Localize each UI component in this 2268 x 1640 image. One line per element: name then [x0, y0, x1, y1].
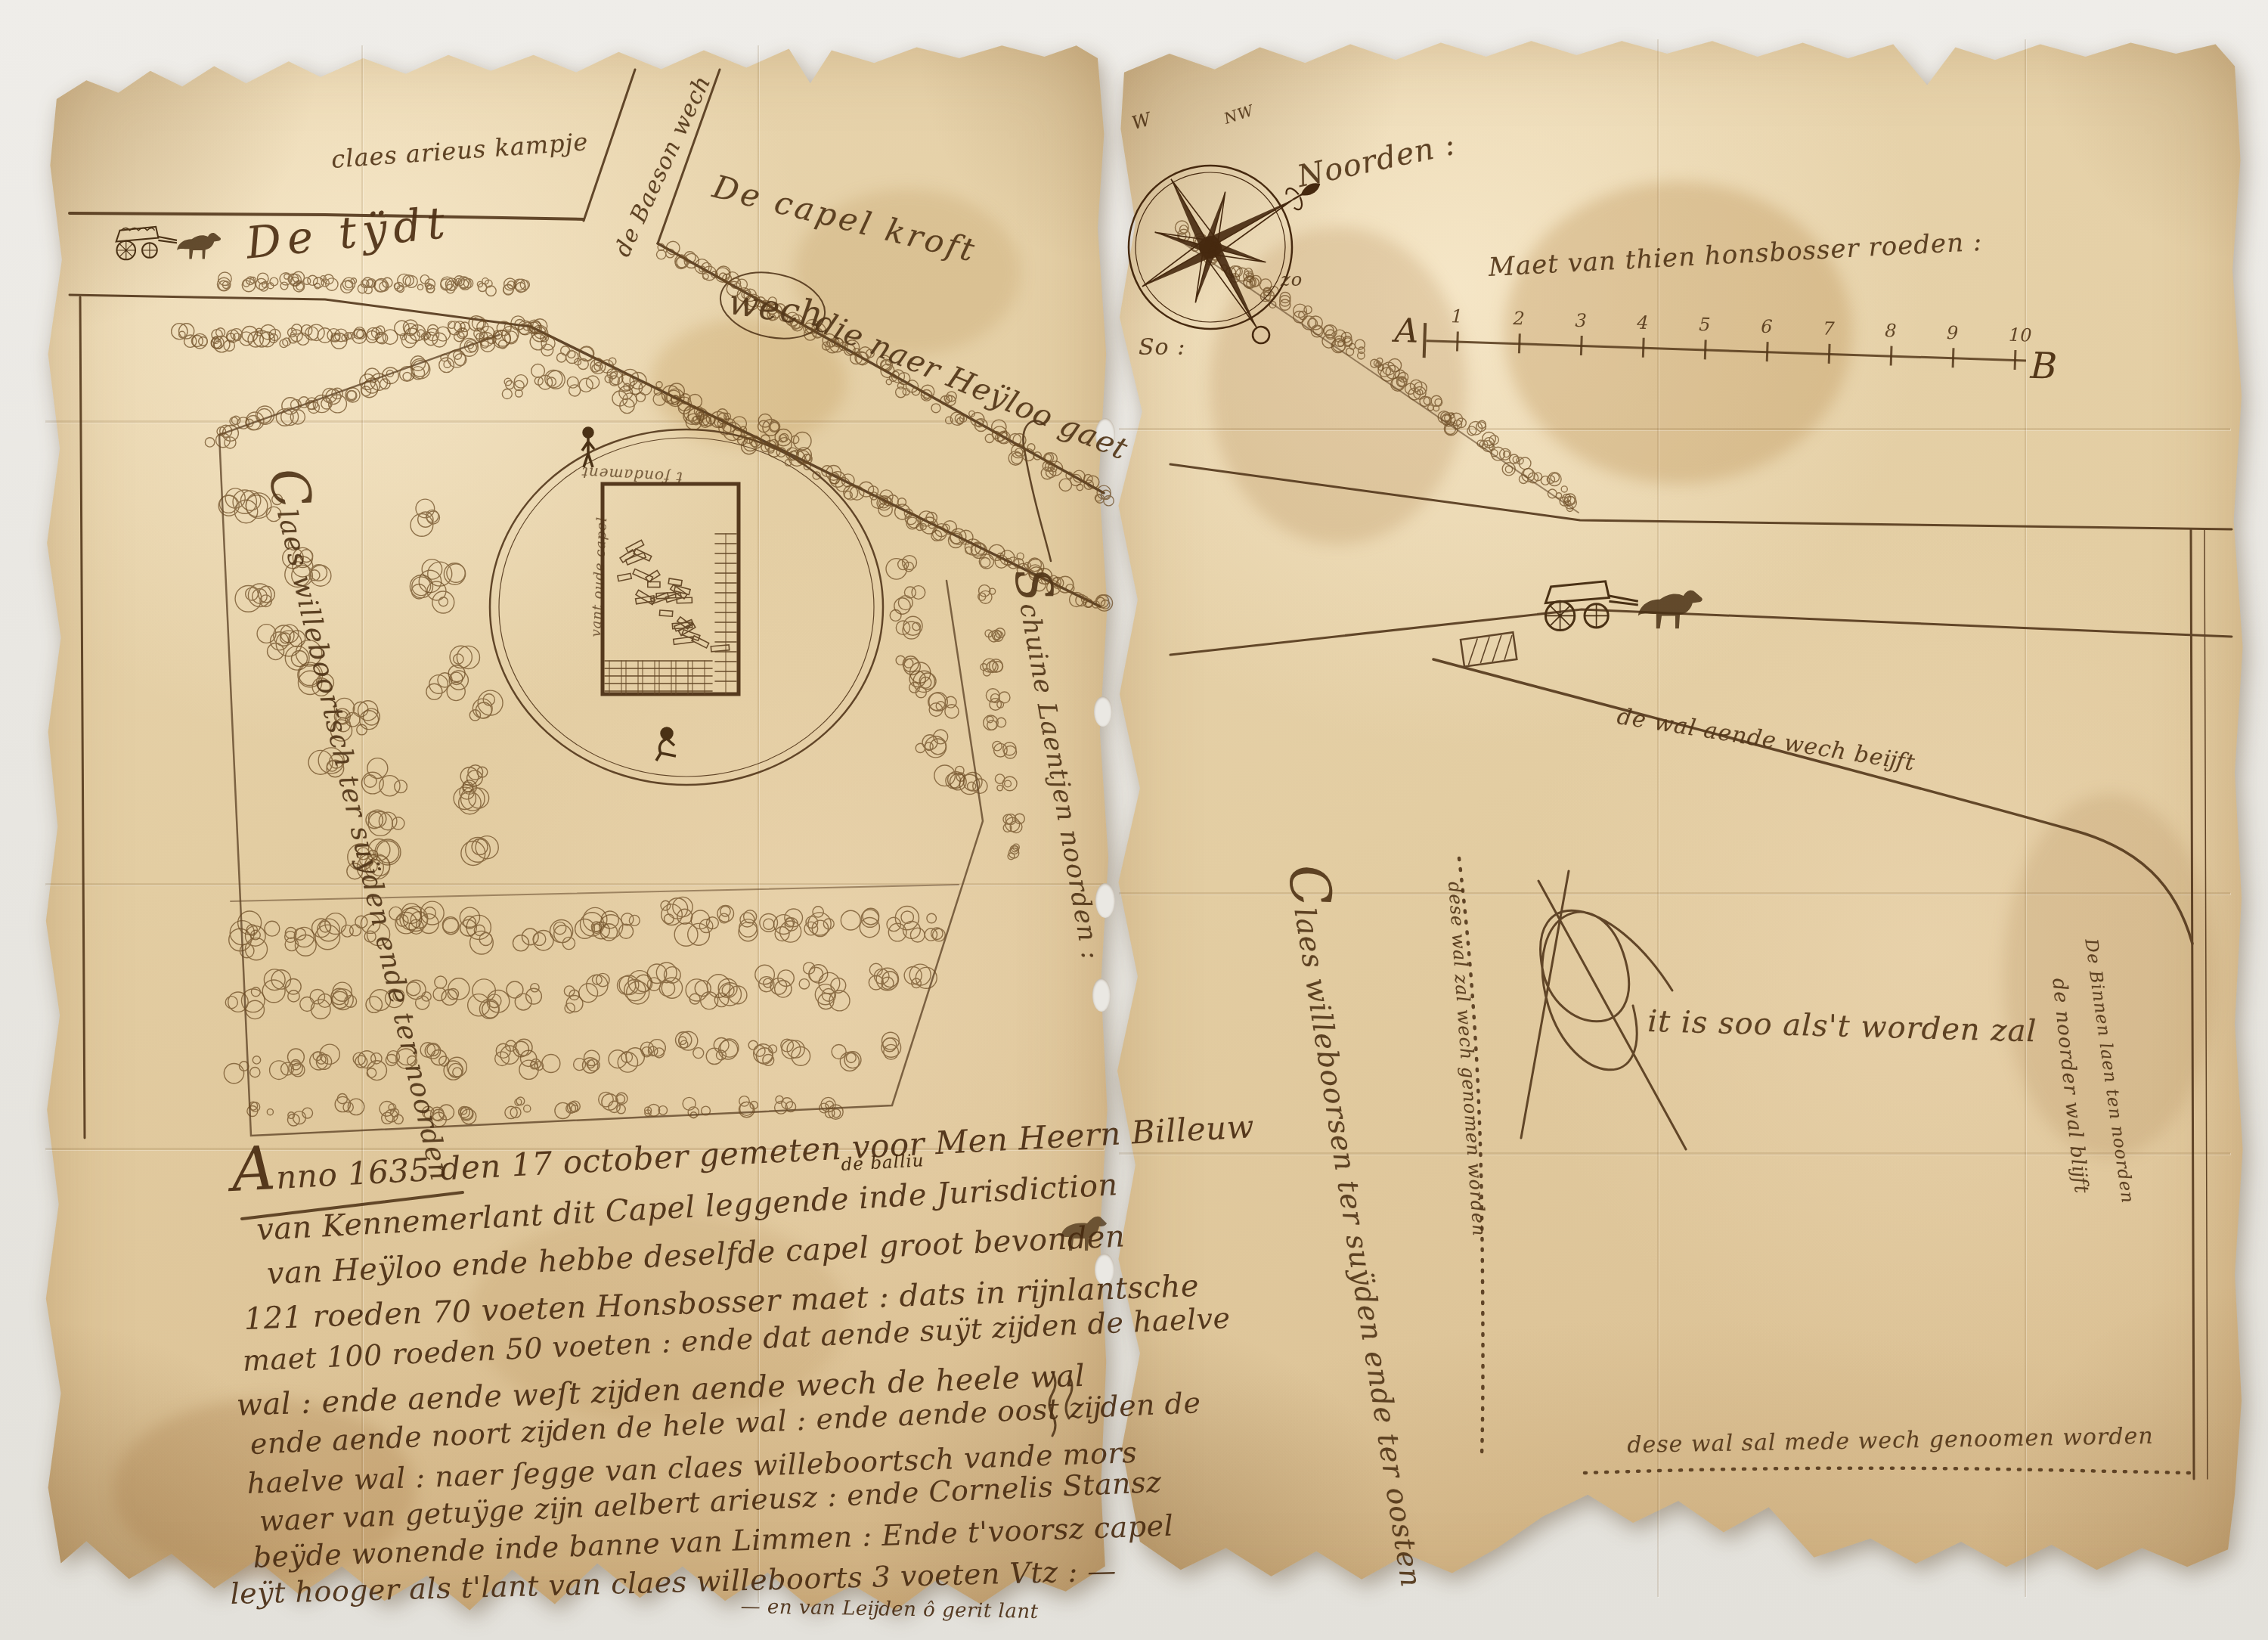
scale-tick: [1456, 332, 1459, 352]
scale-letter-a: A: [1394, 312, 1419, 351]
scale-tick: [1518, 333, 1521, 353]
scale-tick-number: 7: [1823, 318, 1835, 339]
scale-tick-number: 1: [1451, 305, 1463, 327]
scale-tick: [1580, 336, 1583, 355]
scale-tick-number: 8: [1885, 320, 1897, 341]
scale-tick: [1890, 346, 1893, 366]
scale-tick-number: 6: [1761, 316, 1773, 337]
scale-tick: [1704, 339, 1707, 359]
scale-tick-number: 4: [1637, 312, 1649, 333]
horse-cart-sketch: [1545, 581, 1702, 631]
scale-letter-b: B: [2030, 345, 2058, 388]
scale-tick-number: 3: [1575, 310, 1587, 331]
gate-sketch: [1461, 632, 1517, 666]
scale-tick: [1952, 348, 1955, 367]
scale-tick: [1766, 342, 1769, 361]
standing-figure-sketch: [582, 428, 594, 467]
scale-tick-number: 9: [1947, 322, 1959, 343]
scale-tick-number: 5: [1699, 314, 1711, 335]
scale-tick-number: 2: [1513, 308, 1525, 329]
compass-label-zo: zo: [1281, 269, 1303, 290]
scale-baseline: [1426, 339, 2026, 361]
kneeling-figure-sketch: [656, 728, 676, 761]
compass-label-so: So :: [1139, 334, 1185, 361]
horse-cart-sketch: [116, 227, 221, 259]
photograph-of-manuscript-map: claes arieus kampje De tÿdt de Baeson we…: [0, 0, 2268, 1640]
scale-tick: [1642, 338, 1645, 358]
scale-tick: [1828, 344, 1831, 364]
scale-tick-number: 10: [2009, 324, 2032, 346]
ruin-brick-debris: [605, 534, 736, 694]
scale-tick: [2014, 350, 2017, 370]
